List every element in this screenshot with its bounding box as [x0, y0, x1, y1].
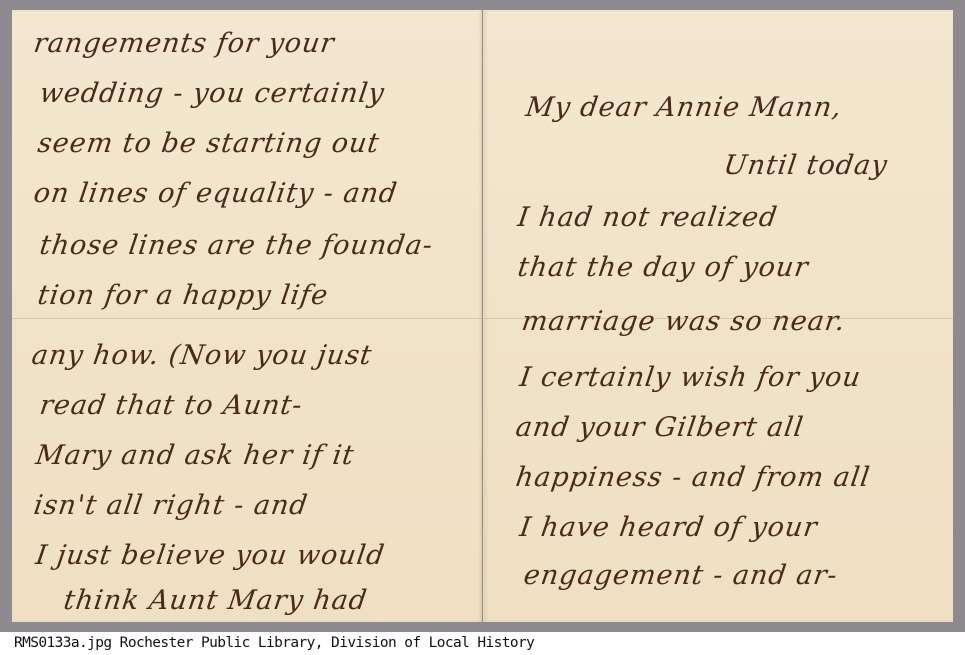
handwritten-line: I certainly wish for you [518, 362, 863, 393]
handwritten-line: any how. (Now you just [30, 340, 374, 371]
handwritten-line: think Aunt Mary had [62, 585, 370, 616]
handwritten-line: Mary and ask her if it [34, 440, 357, 471]
handwritten-line: marriage was so near. [520, 306, 848, 337]
handwritten-line: happiness - and from all [514, 462, 872, 493]
handwritten-line: and your Gilbert all [514, 412, 806, 443]
handwritten-line: isn't all right - and [32, 490, 310, 521]
handwritten-line: I just believe you would [34, 540, 387, 571]
handwritten-line: engagement - and ar- [522, 560, 840, 591]
handwritten-line: seem to be starting out [36, 128, 382, 159]
handwritten-line: I had not realized [516, 202, 780, 233]
letter-salutation: My dear Annie Mann, [524, 92, 844, 123]
handwritten-line: on lines of equality - and [32, 178, 400, 209]
handwritten-line: that the day of your [516, 252, 811, 283]
handwritten-line: Until today [722, 150, 890, 181]
letter-page-left: rangements for your wedding - you certai… [12, 10, 482, 622]
handwritten-line: I have heard of your [518, 512, 820, 543]
handwritten-line: wedding - you certainly [38, 78, 387, 109]
image-caption: RMS0133a.jpg Rochester Public Library, D… [14, 635, 534, 651]
handwritten-line: tion for a happy life [36, 280, 331, 311]
handwritten-line: read that to Aunt- [38, 390, 305, 421]
scan-background: rangements for your wedding - you certai… [0, 0, 965, 632]
handwritten-line: rangements for your [32, 28, 337, 59]
handwritten-line: those lines are the founda- [38, 230, 435, 261]
letter-page-right: My dear Annie Mann, Until today I had no… [483, 10, 953, 622]
